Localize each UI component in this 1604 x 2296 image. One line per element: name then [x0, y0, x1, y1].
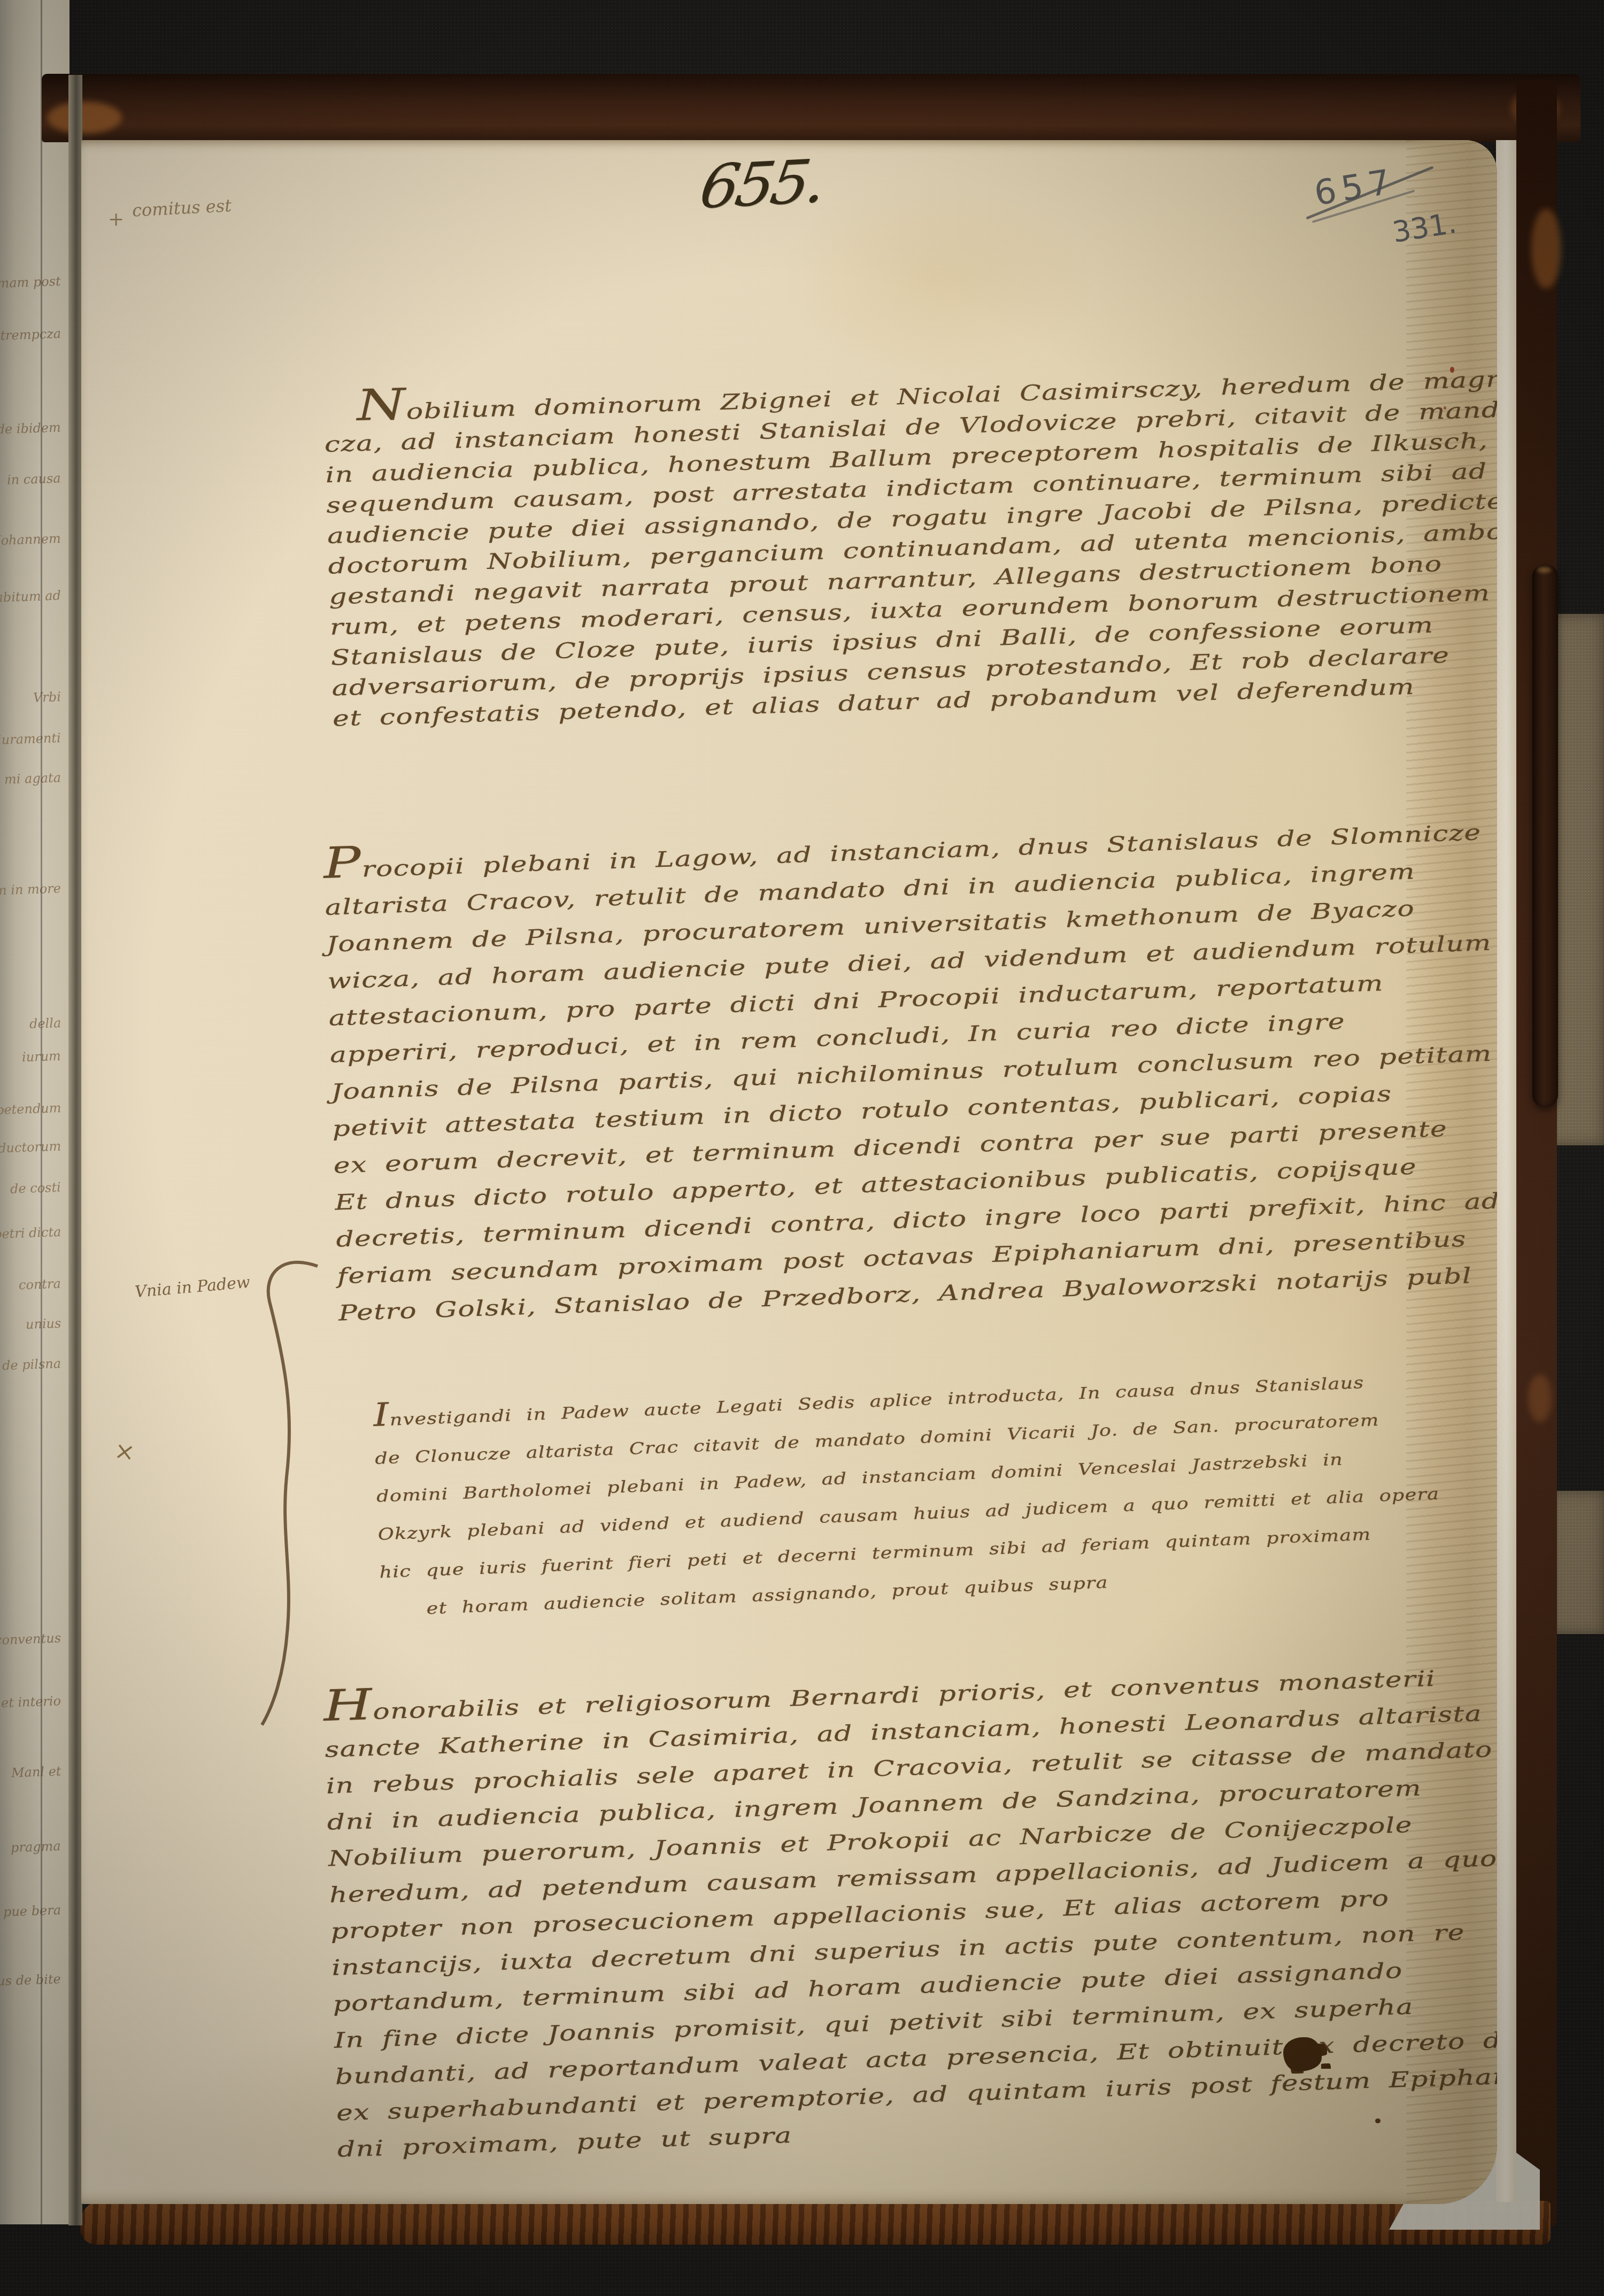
red-paint-fleck — [1444, 406, 1446, 410]
ink-page-number: 655. — [696, 147, 828, 222]
facing-page-text-fragment: nullus de bite — [0, 1971, 61, 1990]
facing-page-text-fragment: proximam post — [0, 274, 61, 292]
paper-block-edge — [1496, 140, 1516, 2202]
worn-leather-patch — [1531, 209, 1561, 289]
facing-page-text-fragment: in causa — [7, 471, 61, 487]
paragraph-bracket-flourish — [258, 1252, 322, 1733]
facing-page-text-fragment: inductorum — [0, 1139, 61, 1157]
facing-page-text-fragment: Manl et — [11, 1763, 61, 1780]
facing-page-text-fragment: cum in more — [0, 881, 61, 898]
leather-cover-bottom-edge — [80, 2201, 1551, 2245]
facing-page-text-fragment: iuramenti — [0, 730, 61, 748]
ink-blot — [1283, 2037, 1322, 2071]
facing-page-text-fragment: Vrbi — [33, 689, 61, 705]
facing-page-text-fragment: fr conventus — [0, 1630, 61, 1648]
glass-edge-seam — [41, 0, 42, 2224]
margin-cross-mark: + — [108, 209, 124, 230]
book-gutter-shadow — [68, 75, 82, 2225]
facing-page-text-fragment: unius — [25, 1316, 61, 1332]
court-record-entry-1: Nobilium dominorum Zbignei et Nicolai Ca… — [323, 356, 1497, 734]
leather-clasp-strap — [1532, 565, 1558, 1107]
facing-page-text-fragment: petri dicta — [0, 1224, 61, 1242]
facing-page-text-fragment: contra — [19, 1276, 61, 1293]
facing-page-text-fragment: della — [29, 1015, 61, 1031]
leather-cover-top-edge — [42, 74, 1580, 142]
top-margin-note: comitus est — [132, 195, 232, 221]
side-margin-cross: × — [112, 1436, 137, 1467]
facing-page-text-fragment: de pilsna — [2, 1356, 61, 1373]
facing-page-text-fragment: habitum ad — [0, 588, 61, 606]
facing-page-edge: proximam post strempcza me de ibidem in … — [0, 0, 70, 2224]
facing-page-text-fragment: mes et interio — [0, 1693, 61, 1712]
court-record-entry-4: Honorabilis et religiosorum Bernardi pri… — [323, 1651, 1497, 2168]
side-margin-note: Vnia in Padew — [134, 1273, 251, 1302]
worn-leather-patch — [1528, 1374, 1552, 1422]
facing-page-text-fragment: petendum — [0, 1100, 61, 1118]
facing-page-text-fragment: pue bera — [3, 1902, 61, 1920]
leather-cover-right-edge — [1516, 80, 1557, 2226]
court-record-entry-3: Investigandi in Padew aucte Legati Sedis… — [373, 1354, 1490, 1629]
facing-page-text-fragment: me de ibidem — [0, 420, 61, 438]
facing-page-text-fragment: de costi — [10, 1180, 61, 1196]
red-paint-fleck — [1450, 367, 1454, 373]
court-record-entry-2: Procopii plebani in Lagow, ad instanciam… — [323, 806, 1497, 1332]
worn-leather-patch — [47, 102, 122, 134]
facing-page-text-fragment: mi agata — [4, 770, 61, 787]
facing-page-text-fragment: pragma — [11, 1838, 61, 1855]
facing-page-text-fragment: Johannem — [0, 531, 61, 548]
ink-speck — [1327, 2086, 1330, 2090]
facing-page-text-fragment: strempcza — [0, 326, 61, 343]
manuscript-page-655: + comitus est 655. 657 331. Nobilium dom… — [81, 140, 1497, 2204]
ink-speck — [1375, 2118, 1381, 2123]
